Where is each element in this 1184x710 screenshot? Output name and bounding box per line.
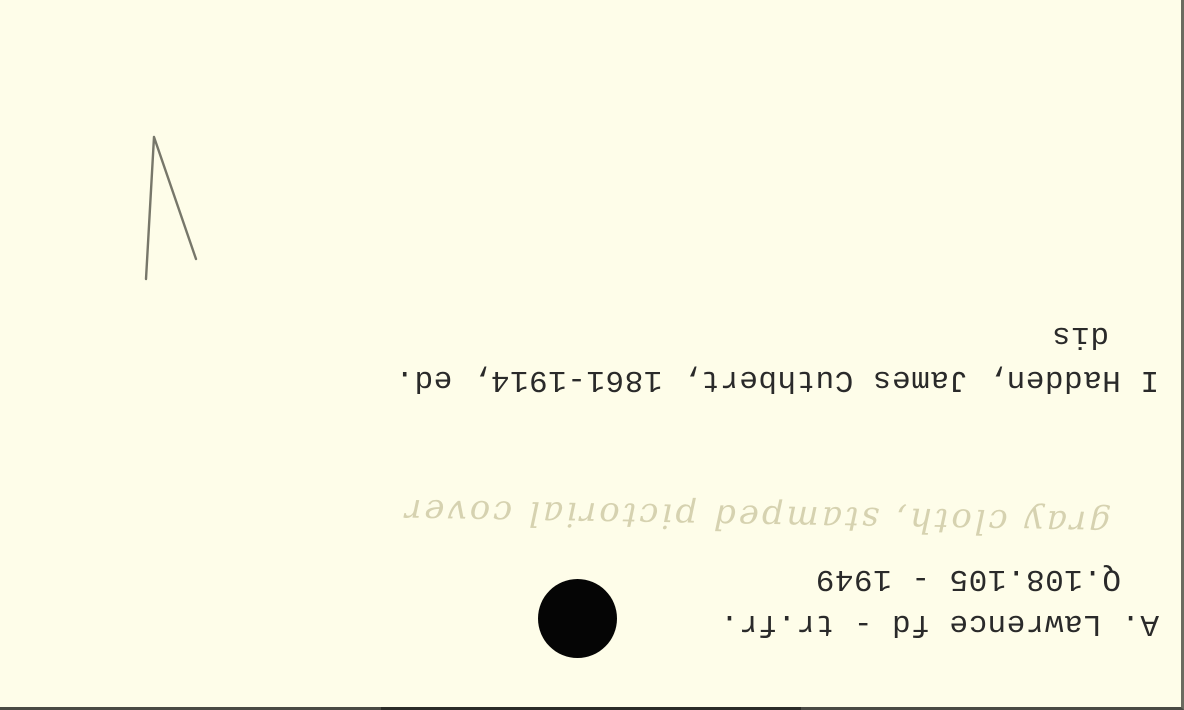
main-entry-line: I Hadden, James Cuthbert, 1861-1914, ed.: [395, 364, 1159, 395]
punch-hole-icon: [538, 579, 617, 658]
pencil-note: gray cloth, stamped pictorial cover: [402, 491, 1112, 543]
catalog-card: I Hadden, James Cuthbert, 1861-1914, ed.…: [0, 0, 1184, 710]
donor-line: A. Lawrence fd - tr.fr.: [720, 608, 1159, 639]
main-entry-continuation: dis: [1052, 320, 1109, 351]
accession-line: Q.108.105 - 1949: [815, 563, 1121, 594]
pencil-check-mark-icon: [136, 117, 206, 287]
